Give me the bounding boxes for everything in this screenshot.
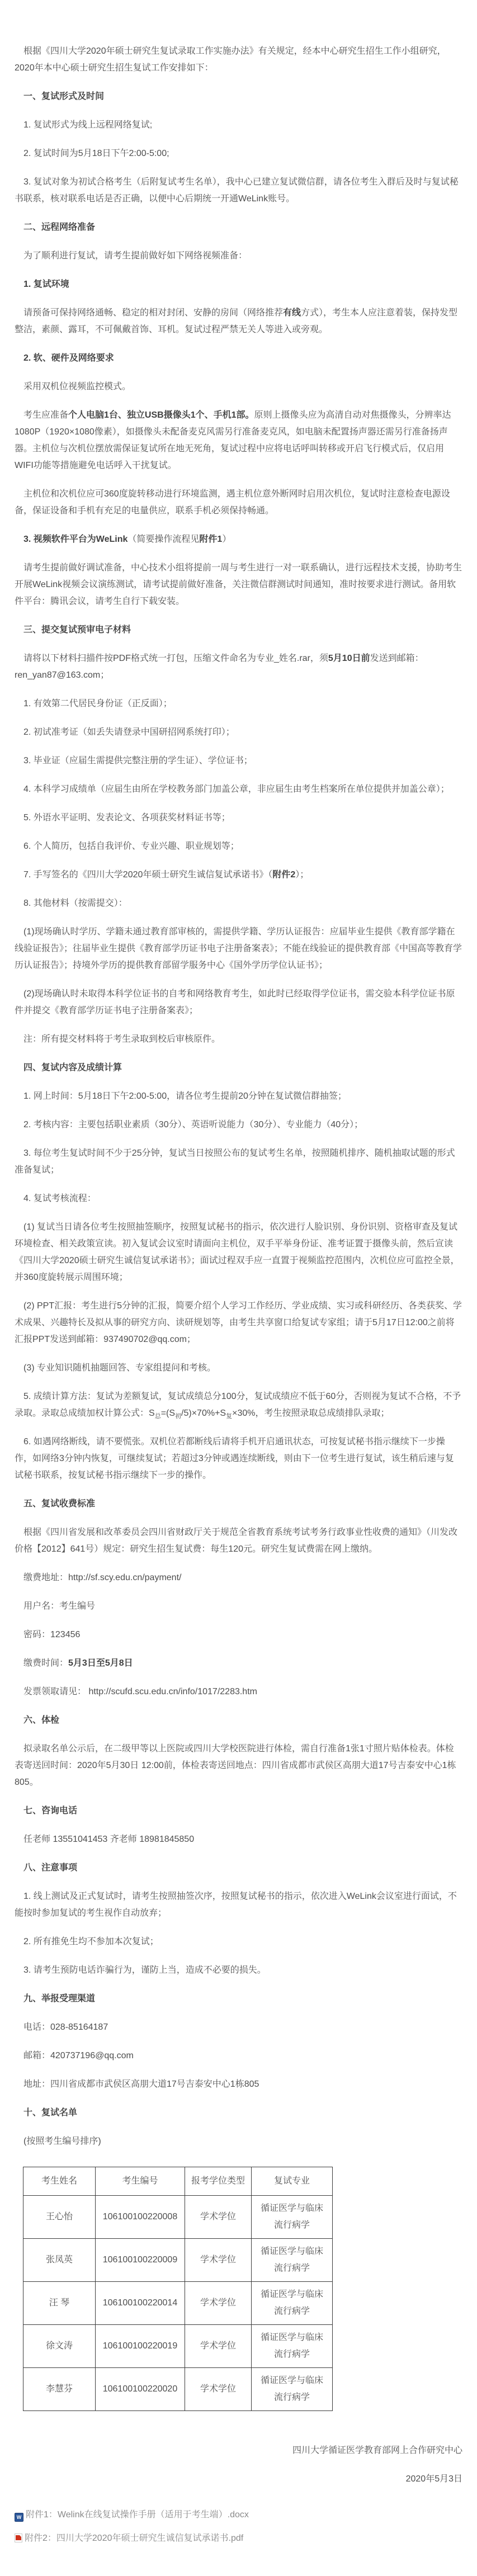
text-run: 为了顺利进行复试，请考生提前做好如下网络视频准备： bbox=[23, 251, 247, 261]
paragraph: 2. 所有推免生均不参加本次复试； bbox=[15, 1934, 462, 1950]
text-run: (3) 专业知识随机抽题回答、专家组提问和考核。 bbox=[23, 1363, 216, 1373]
paragraph: 采用双机位视频监控模式。 bbox=[15, 379, 462, 395]
paragraph: 根据《四川省发展和改革委员会四川省财政厅关于规范全省教育系统考试考务行政事业性收… bbox=[15, 1524, 462, 1558]
section-heading: 十、复试名单 bbox=[15, 2105, 462, 2121]
text-run: 缴费时间： bbox=[23, 1658, 68, 1668]
section-heading: 六、体检 bbox=[15, 1712, 462, 1729]
table-cell: 学术学位 bbox=[185, 2282, 252, 2325]
section-heading: 三、提交复试预审电子材料 bbox=[15, 622, 462, 639]
signature-date: 2020年5月3日 bbox=[15, 2471, 462, 2488]
sub-heading: 1. 复试环境 bbox=[15, 276, 462, 293]
text-run: 缴费地址：http://sf.scy.edu.cn/payment/ bbox=[23, 1573, 181, 1582]
text-run: ） bbox=[222, 535, 231, 544]
paragraph: (2)现场确认时未取得本科学位证书的自考和网络教育考生，如此时已经取得学位证书，… bbox=[15, 986, 462, 1019]
text-run: 拟录取名单公示后，在二级甲等以上医院或四川大学校医院进行体检，需自行准备1张1寸… bbox=[15, 1744, 456, 1787]
paragraph: (1) 复试当日请各位考生按照抽签顺序，按照复试秘书的指示，依次进行人脸识别、身… bbox=[15, 1219, 462, 1286]
text-run: 1. 复试形式为线上远程网络复试; bbox=[23, 120, 152, 130]
text-run: 2. 复试时间为5月18日下午2:00-5:00; bbox=[23, 149, 169, 158]
paragraph: 6. 个人简历，包括自我评价、专业兴趣、职业规划等； bbox=[15, 838, 462, 855]
text-run: 根据《四川省发展和改革委员会四川省财政厅关于规范全省教育系统考试考务行政事业性收… bbox=[15, 1528, 457, 1554]
text-run: 3. 毕业证（应届生需提供完整注册的学生证）、学位证书； bbox=[23, 756, 253, 765]
signature: 四川大学循证医学教育部网上合作研究中心 bbox=[15, 2442, 462, 2459]
paragraph: 2. 考核内容：主要包括职业素质（30分）、英语听说能力（30分）、专业能力（4… bbox=[15, 1117, 462, 1133]
paragraph: 4. 本科学习成绩单（应届生由所在学校教务部门加盖公章，非应届生由考生档案所在单… bbox=[15, 781, 462, 798]
text-run: 2. 初试准考证（如丢失请登录中国研招网系统打印）； bbox=[23, 727, 235, 737]
paragraph: (1)现场确认时学历、学籍未通过教育部审核的，需提供学籍、学历认证报告：应届毕业… bbox=[15, 924, 462, 974]
text-run: 总 bbox=[155, 1413, 161, 1420]
text-run: 3. 请考生预防电话诈骗行为，谨防上当，造成不必要的损失。 bbox=[23, 1965, 266, 1975]
section-heading: 四、复试内容及成绩计算 bbox=[15, 1060, 462, 1076]
sub-heading: 3. 视频软件平台为WeLink（简要操作流程见附件1） bbox=[15, 531, 462, 548]
text-run: (2)现场确认时未取得本科学位证书的自考和网络教育考生，如此时已经取得学位证书，… bbox=[15, 989, 455, 1015]
text-run: 6. 如遇网络断线，请不要慌张。双机位若都断线后请将手机开启通讯状态，可按复试秘… bbox=[15, 1437, 454, 1480]
section-heading: 五、复试收费标准 bbox=[15, 1496, 462, 1512]
paragraph: 缴费时间：5月3日至5月8日 bbox=[15, 1655, 462, 1672]
text-run: 地址：四川省成都市武侯区高朋大道17号吉泰安中心1栋805 bbox=[23, 2079, 259, 2089]
table-cell: 106100100220014 bbox=[96, 2282, 185, 2325]
table-header-row: 考生姓名考生编号报考学位类型复试专业 bbox=[23, 2167, 333, 2196]
text-run: 初 bbox=[175, 1413, 181, 1420]
table-row: 徐文涛106100100220019学术学位循证医学与临床流行病学 bbox=[23, 2325, 333, 2368]
bold-text-run: 九、举报受理渠道 bbox=[23, 1994, 95, 2003]
text-run: 6. 个人简历，包括自我评价、专业兴趣、职业规划等； bbox=[23, 842, 239, 851]
text-run: 发票领取请见： http://scufd.scu.edu.cn/info/101… bbox=[23, 1687, 257, 1696]
table-cell: 106100100220020 bbox=[96, 2368, 185, 2411]
paragraph: 任老师 13551041453 齐老师 18981845850 bbox=[15, 1831, 462, 1848]
pdf-file-icon bbox=[15, 2534, 22, 2542]
table-cell: 循证医学与临床流行病学 bbox=[252, 2325, 333, 2368]
bold-text-run: 5月10日前 bbox=[328, 654, 370, 663]
paragraph: (3) 专业知识随机抽题回答、专家组提问和考核。 bbox=[15, 1360, 462, 1377]
paragraph: 4. 复试考核流程： bbox=[15, 1190, 462, 1207]
text-run: (2) PPT汇报：考生进行5分钟的汇报，简要介绍个人学习工作经历、学业成绩、实… bbox=[15, 1301, 462, 1344]
paragraph: 密码：123456 bbox=[15, 1627, 462, 1643]
text-run: 2020年5月3日 bbox=[406, 2474, 462, 2484]
paragraph: 邮箱：420737196@qq.com bbox=[15, 2048, 462, 2064]
paragraph: 3. 每位考生复试时间不少于25分钟，复试当日按照公布的复试考生名单，按照随机排… bbox=[15, 1145, 462, 1179]
paragraph: 根据《四川大学2020年硕士研究生复试录取工作实施办法》有关规定，经本中心研究生… bbox=[15, 43, 462, 77]
section-heading: 九、举报受理渠道 bbox=[15, 1991, 462, 2007]
bold-text-run: 有线 bbox=[283, 308, 301, 318]
paragraph: 1. 有效第二代居民身份证（正反面）； bbox=[15, 696, 462, 712]
table-row: 张凤英106100100220009学术学位循证医学与临床流行病学 bbox=[23, 2239, 333, 2282]
attachment-link[interactable]: 附件1：Welink在线复试操作手册（适用于考生端）.docx bbox=[26, 2510, 249, 2520]
text-run: 请将以下材料扫描件按PDF格式统一打包，压缩文件命名为专业_姓名.rar，须 bbox=[23, 654, 328, 663]
paragraph: 为了顺利进行复试，请考生提前做好如下网络视频准备： bbox=[15, 248, 462, 264]
text-run: 2. 考核内容：主要包括职业素质（30分）、英语听说能力（30分）、专业能力（4… bbox=[23, 1120, 363, 1129]
paragraph: 2. 初试准考证（如丢失请登录中国研招网系统打印）； bbox=[15, 724, 462, 741]
bold-text-run: 五、复试收费标准 bbox=[23, 1499, 95, 1509]
table-cell: 学术学位 bbox=[185, 2368, 252, 2411]
text-run: ）； bbox=[295, 870, 309, 880]
attachment-item: 附件2：四川大学2020年硕士研究生诚信复试承诺书.pdf bbox=[15, 2530, 462, 2547]
text-run: 四川大学循证医学教育部网上合作研究中心 bbox=[292, 2446, 462, 2455]
paragraph: 地址：四川省成都市武侯区高朋大道17号吉泰安中心1栋805 bbox=[15, 2076, 462, 2093]
bold-text-run: 二、远程网络准备 bbox=[23, 223, 95, 232]
table-cell: 张凤英 bbox=[23, 2239, 96, 2282]
text-run: /5)×70%+S bbox=[181, 1408, 226, 1418]
text-run: 2. 所有推免生均不参加本次复试； bbox=[23, 1937, 159, 1946]
text-run: (1)现场确认时学历、学籍未通过教育部审核的，需提供学籍、学历认证报告：应届毕业… bbox=[15, 927, 462, 970]
bold-text-run: 四、复试内容及成绩计算 bbox=[23, 1063, 122, 1072]
paragraph: 3. 复试对象为初试合格考生（后附复试考生名单），我中心已建立复试微信群，请各位… bbox=[15, 174, 462, 207]
table-header-cell: 报考学位类型 bbox=[185, 2167, 252, 2196]
paragraph: 用户名：考生编号 bbox=[15, 1598, 462, 1615]
text-run: 请预备可保持网络通畅、稳定的相对封闭、安静的房间（网络推荐 bbox=[23, 308, 283, 318]
text-run: 1. 线上测试及正式复试时，请考生按照抽签次序，按照复试秘书的指示，依次进入We… bbox=[15, 1892, 457, 1918]
text-run: 密码：123456 bbox=[23, 1630, 80, 1639]
text-run: 复 bbox=[226, 1413, 232, 1420]
paragraph: 主机位和次机位应可360度旋转移动进行环境监测，遇主机位意外断网时启用次机位，复… bbox=[15, 486, 462, 519]
paragraph: 请考生提前做好调试准备，中心技术小组将提前一周与考生进行一对一联系确认，进行远程… bbox=[15, 560, 462, 610]
bold-text-run: 七、咨询电话 bbox=[23, 1806, 77, 1816]
bold-text-run: 附件1 bbox=[199, 535, 222, 544]
table-header-cell: 考生编号 bbox=[96, 2167, 185, 2196]
word-file-icon: W bbox=[15, 2513, 23, 2522]
text-run: 5. 外语水平证明、发表论文、各项获奖材料证书等； bbox=[23, 813, 230, 823]
text-run: 1. 有效第二代居民身份证（正反面）； bbox=[23, 699, 172, 708]
bold-text-run: 八、注意事项 bbox=[23, 1863, 77, 1873]
paragraph: 1. 线上测试及正式复试时，请考生按照抽签次序，按照复试秘书的指示，依次进入We… bbox=[15, 1888, 462, 1922]
table-header-cell: 考生姓名 bbox=[23, 2167, 96, 2196]
bold-text-run: 1. 复试环境 bbox=[23, 280, 69, 289]
table-cell: 106100100220019 bbox=[96, 2325, 185, 2368]
table-cell: 徐文涛 bbox=[23, 2325, 96, 2368]
text-run: 3. 每位考生复试时间不少于25分钟，复试当日按照公布的复试考生名单，按照随机排… bbox=[15, 1148, 455, 1175]
bold-text-run: 十、复试名单 bbox=[23, 2108, 77, 2117]
paragraph: 拟录取名单公示后，在二级甲等以上医院或四川大学校医院进行体检，需自行准备1张1寸… bbox=[15, 1741, 462, 1791]
section-heading: 八、注意事项 bbox=[15, 1860, 462, 1877]
bold-text-run: 三、提交复试预审电子材料 bbox=[23, 625, 131, 635]
table-row: 李慧芬106100100220020学术学位循证医学与临床流行病学 bbox=[23, 2368, 333, 2411]
bold-text-run: 一、复试形式及时间 bbox=[23, 92, 104, 101]
text-run: (按照考生编号排序) bbox=[23, 2137, 101, 2146]
paragraph: 5. 成绩计算方法：复试为差额复试，复试成绩总分100分，复试成绩应不低于60分… bbox=[15, 1388, 462, 1422]
paragraph: 7. 手写签名的《四川大学2020年硕士研究生诚信复试承诺书》（附件2）； bbox=[15, 867, 462, 883]
text-run: (1) 复试当日请各位考生按照抽签顺序，按照复试秘书的指示，依次进行人脸识别、身… bbox=[15, 1222, 460, 1282]
text-run: 考生应准备 bbox=[23, 410, 68, 420]
text-run: （简要操作流程见 bbox=[127, 535, 199, 544]
table-header-cell: 复试专业 bbox=[252, 2167, 333, 2196]
bold-text-run: 2. 软、硬件及网络要求 bbox=[23, 353, 114, 363]
text-run: 根据《四川大学2020年硕士研究生复试录取工作实施办法》有关规定，经本中心研究生… bbox=[15, 46, 446, 73]
paragraph: 电话：028-85164187 bbox=[15, 2019, 462, 2036]
attachments: W附件1：Welink在线复试操作手册（适用于考生端）.docx附件2：四川大学… bbox=[15, 2507, 462, 2547]
paragraph: 3. 请考生预防电话诈骗行为，谨防上当，造成不必要的损失。 bbox=[15, 1962, 462, 1979]
table-cell: 循证医学与临床流行病学 bbox=[252, 2196, 333, 2239]
text-run: 采用双机位视频监控模式。 bbox=[23, 382, 131, 391]
paragraph: 2. 复试时间为5月18日下午2:00-5:00; bbox=[15, 145, 462, 162]
text-run: 用户名：考生编号 bbox=[23, 1601, 95, 1611]
paragraph: 发票领取请见： http://scufd.scu.edu.cn/info/101… bbox=[15, 1684, 462, 1700]
table-cell: 汪 琴 bbox=[23, 2282, 96, 2325]
text-run: 8. 其他材料（按需提交）： bbox=[23, 899, 127, 908]
text-run: 1. 网上时间：5月18日下午2:00-5:00，请各位考生提前20分钟在复试微… bbox=[23, 1091, 347, 1101]
text-run: =(S bbox=[161, 1408, 175, 1418]
table-cell: 循证医学与临床流行病学 bbox=[252, 2239, 333, 2282]
attachment-link[interactable]: 附件2：四川大学2020年硕士研究生诚信复试承诺书.pdf bbox=[25, 2534, 243, 2543]
text-run: ×30%，考生按照录取总成绩排队录取； bbox=[232, 1408, 389, 1418]
paragraph: 3. 毕业证（应届生需提供完整注册的学生证）、学位证书； bbox=[15, 753, 462, 769]
paragraph: 8. 其他材料（按需提交）： bbox=[15, 895, 462, 912]
table-cell: 李慧芬 bbox=[23, 2368, 96, 2411]
paragraph: 考生应准备个人电脑1台、独立USB摄像头1个、手机1部。原则上摄像头应为高清自动… bbox=[15, 407, 462, 474]
bold-text-run: 六、体检 bbox=[23, 1715, 59, 1725]
text-run: 4. 本科学习成绩单（应届生由所在学校教务部门加盖公章，非应届生由考生档案所在单… bbox=[23, 784, 450, 794]
table-cell: 学术学位 bbox=[185, 2239, 252, 2282]
text-run: 3. 复试对象为初试合格考生（后附复试考生名单），我中心已建立复试微信群，请各位… bbox=[15, 177, 459, 204]
text-run: 7. 手写签名的《四川大学2020年硕士研究生诚信复试承诺书》（ bbox=[23, 870, 272, 880]
candidate-table: 考生姓名考生编号报考学位类型复试专业王心怡106100100220008学术学位… bbox=[23, 2167, 333, 2411]
table-cell: 学术学位 bbox=[185, 2325, 252, 2368]
text-run: 4. 复试考核流程： bbox=[23, 1194, 96, 1203]
paragraph: (2) PPT汇报：考生进行5分钟的汇报，简要介绍个人学习工作经历、学业成绩、实… bbox=[15, 1298, 462, 1348]
text-run: 任老师 13551041453 齐老师 18981845850 bbox=[23, 1835, 194, 1844]
table-cell: 106100100220008 bbox=[96, 2196, 185, 2239]
section-heading: 一、复试形式及时间 bbox=[15, 88, 462, 105]
text-run: 请考生提前做好调试准备，中心技术小组将提前一周与考生进行一对一联系确认，进行远程… bbox=[15, 563, 462, 606]
table-row: 王心怡106100100220008学术学位循证医学与临床流行病学 bbox=[23, 2196, 333, 2239]
text-run: 注：所有提交材料将于考生录取到校后审核原件。 bbox=[23, 1034, 220, 1044]
table-cell: 106100100220009 bbox=[96, 2239, 185, 2282]
paragraph: 1. 网上时间：5月18日下午2:00-5:00，请各位考生提前20分钟在复试微… bbox=[15, 1088, 462, 1105]
text-run: 邮箱：420737196@qq.com bbox=[23, 2051, 134, 2060]
paragraph: 6. 如遇网络断线，请不要慌张。双机位若都断线后请将手机开启通讯状态，可按复试秘… bbox=[15, 1434, 462, 1484]
paragraph: 注：所有提交材料将于考生录取到校后审核原件。 bbox=[15, 1031, 462, 1048]
bold-text-run: 5月3日至5月8日 bbox=[68, 1658, 133, 1668]
paragraph: 1. 复试形式为线上远程网络复试; bbox=[15, 117, 462, 134]
paragraph: 请预备可保持网络通畅、稳定的相对封闭、安静的房间（网络推荐有线方式），考生本人应… bbox=[15, 305, 462, 338]
table-cell: 学术学位 bbox=[185, 2196, 252, 2239]
attachment-item: W附件1：Welink在线复试操作手册（适用于考生端）.docx bbox=[15, 2507, 462, 2523]
table-cell: 循证医学与临床流行病学 bbox=[252, 2282, 333, 2325]
bold-text-run: 3. 视频软件平台为WeLink bbox=[23, 535, 127, 544]
table-cell: 王心怡 bbox=[23, 2196, 96, 2239]
section-heading: 七、咨询电话 bbox=[15, 1803, 462, 1819]
bold-text-run: 个人电脑1台、独立USB摄像头1个、手机1部。 bbox=[68, 410, 254, 420]
sub-heading: 2. 软、硬件及网络要求 bbox=[15, 350, 462, 367]
document-body: 根据《四川大学2020年硕士研究生复试录取工作实施办法》有关规定，经本中心研究生… bbox=[0, 0, 477, 2576]
bold-text-run: 附件2 bbox=[272, 870, 295, 880]
paragraph: 5. 外语水平证明、发表论文、各项获奖材料证书等； bbox=[15, 810, 462, 826]
paragraph: (按照考生编号排序) bbox=[15, 2133, 462, 2150]
table-cell: 循证医学与临床流行病学 bbox=[252, 2368, 333, 2411]
paragraph: 请将以下材料扫描件按PDF格式统一打包，压缩文件命名为专业_姓名.rar，须5月… bbox=[15, 650, 462, 684]
table-row: 汪 琴106100100220014学术学位循证医学与临床流行病学 bbox=[23, 2282, 333, 2325]
text-run: 主机位和次机位应可360度旋转移动进行环境监测，遇主机位意外断网时启用次机位，复… bbox=[15, 489, 450, 516]
paragraph: 缴费地址：http://sf.scy.edu.cn/payment/ bbox=[15, 1570, 462, 1586]
text-run: 电话：028-85164187 bbox=[23, 2022, 108, 2032]
section-heading: 二、远程网络准备 bbox=[15, 219, 462, 236]
